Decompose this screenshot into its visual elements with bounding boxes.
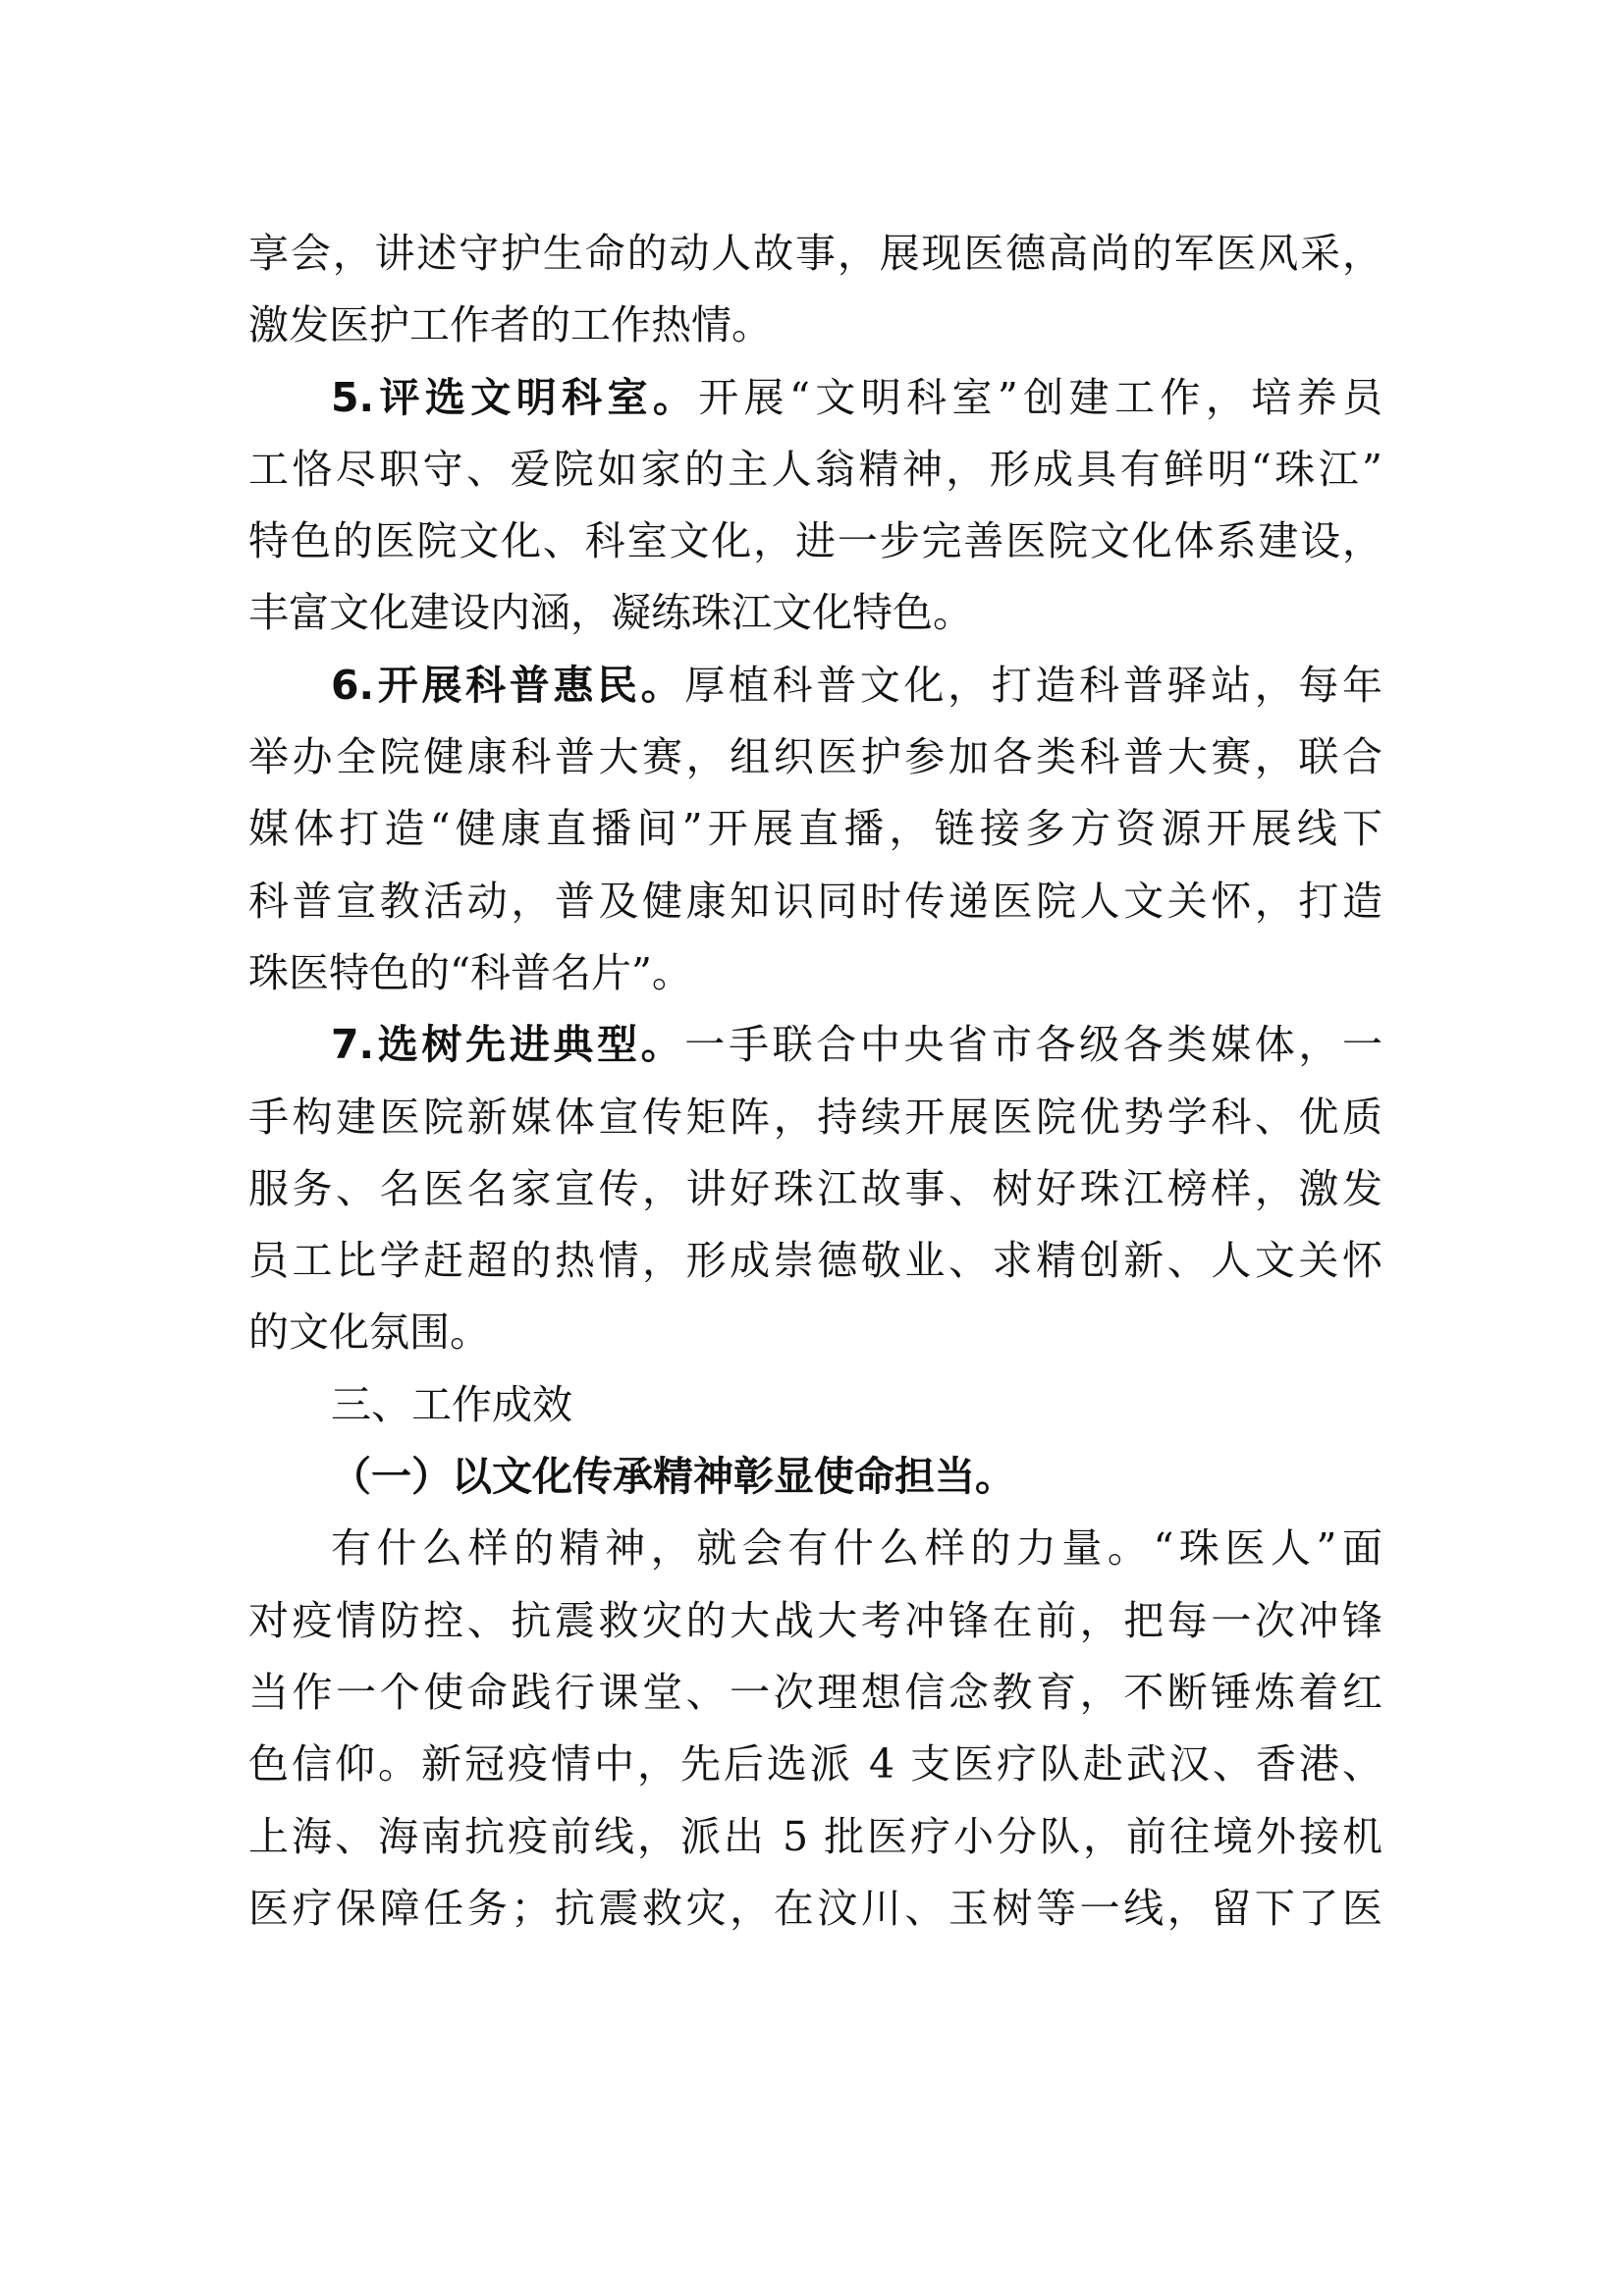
text-line: 激发医护工作者的工作热情。 <box>248 290 1382 361</box>
text-line: 上海、海南抗疫前线，派出 5 批医疗小分队，前往境外接机 <box>248 1801 1382 1873</box>
text-line: 丰富文化建设内涵，凝练珠江文化特色。 <box>248 577 1382 649</box>
section-heading: 三、工作成效 <box>248 1369 1382 1441</box>
text-line: 享会，讲述守护生命的动人故事，展现医德高尚的军医风采， <box>248 218 1382 290</box>
subsection-heading: （一）以文化传承精神彰显使命担当。 <box>248 1441 1382 1513</box>
text-line: 科普宣教活动，普及健康知识同时传递医院人文关怀，打造 <box>248 866 1382 937</box>
document-page: 享会，讲述守护生命的动人故事，展现医德高尚的军医风采， 激发医护工作者的工作热情… <box>248 218 1382 1945</box>
text-line: 当作一个使命践行课堂、一次理想信念教育，不断锤炼着红 <box>248 1657 1382 1729</box>
item-5-first-line: 5.评选文明科室。开展“文明科室”创建工作，培养员 <box>248 362 1382 434</box>
text-line: 工恪尽职守、爱院如家的主人翁精神，形成具有鲜明“珠江” <box>248 434 1382 506</box>
item-5-heading: 5.评选文明科室。 <box>331 374 698 421</box>
text-span: 开展“文明科室”创建工作，培养员 <box>698 374 1382 421</box>
text-line: 的文化氛围。 <box>248 1297 1382 1368</box>
text-line: 色信仰。新冠疫情中，先后选派 4 支医疗队赴武汉、香港、 <box>248 1729 1382 1800</box>
item-6-heading: 6.开展科普惠民。 <box>331 662 684 709</box>
text-line: 媒体打造“健康直播间”开展直播，链接多方资源开展线下 <box>248 793 1382 865</box>
text-line: 特色的医院文化、科室文化，进一步完善医院文化体系建设， <box>248 506 1382 577</box>
text-line: 举办全院健康科普大赛，组织医护参加各类科普大赛，联合 <box>248 721 1382 793</box>
item-7-heading: 7.选树先进典型。 <box>331 1021 684 1068</box>
item-6-first-line: 6.开展科普惠民。厚植科普文化，打造科普驿站，每年 <box>248 650 1382 721</box>
text-span: 一手联合中央省市各级各类媒体，一 <box>684 1021 1382 1068</box>
text-line: 医疗保障任务；抗震救灾，在汶川、玉树等一线，留下了医 <box>248 1873 1382 1945</box>
text-line: 对疫情防控、抗震救灾的大战大考冲锋在前，把每一次冲锋 <box>248 1585 1382 1657</box>
text-line: 有什么样的精神，就会有什么样的力量。“珠医人”面 <box>248 1513 1382 1584</box>
item-7-first-line: 7.选树先进典型。一手联合中央省市各级各类媒体，一 <box>248 1009 1382 1081</box>
text-span: 厚植科普文化，打造科普驿站，每年 <box>684 662 1382 709</box>
text-line: 员工比学赶超的热情，形成崇德敬业、求精创新、人文关怀 <box>248 1225 1382 1297</box>
text-line: 手构建医院新媒体宣传矩阵，持续开展医院优势学科、优质 <box>248 1082 1382 1153</box>
text-line: 服务、名医名家宣传，讲好珠江故事、树好珠江榜样，激发 <box>248 1153 1382 1225</box>
text-line: 珠医特色的“科普名片”。 <box>248 937 1382 1009</box>
